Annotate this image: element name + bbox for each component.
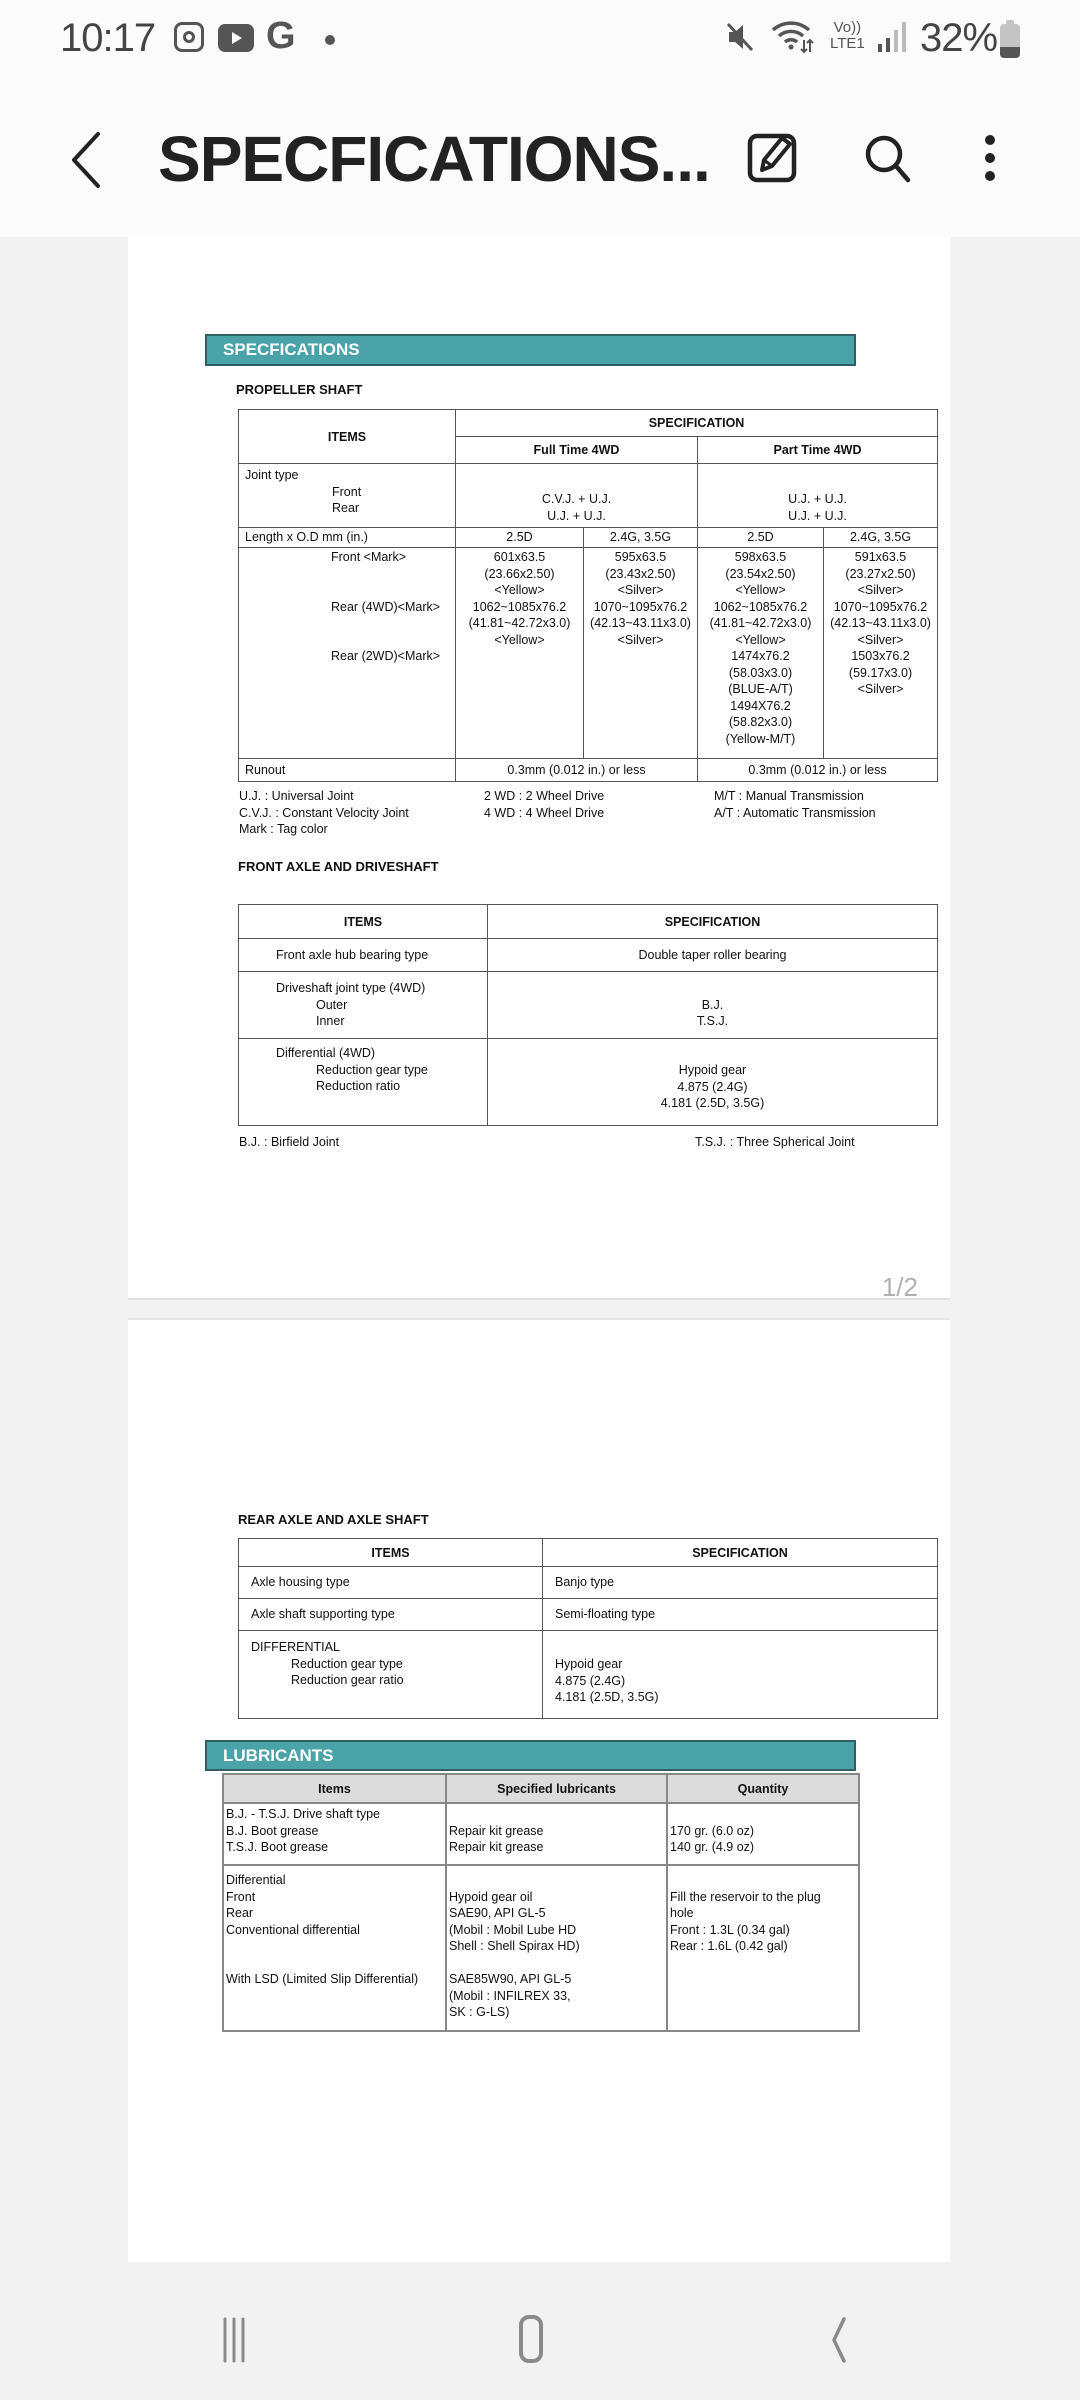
cell-line	[670, 1872, 856, 1889]
header-items: ITEMS	[239, 905, 488, 939]
cell-line: Front : 1.3L (0.34 gal)	[670, 1922, 856, 1939]
mark-value: 1062~1085x76.2	[456, 599, 583, 616]
rear-4wd-mark-label: Rear (4WD)<Mark>	[239, 599, 455, 616]
legend-bj: B.J. : Birfield Joint	[239, 1134, 339, 1151]
mark-value: 1062~1085x76.2	[698, 599, 823, 616]
cell-line	[670, 1806, 856, 1823]
propeller-shaft-title: PROPELLER SHAFT	[236, 382, 362, 397]
joint-rear-label: Rear	[245, 500, 455, 517]
rear-gear-ratio-label: Reduction gear ratio	[251, 1672, 542, 1689]
app-bar: SPECFICATIONS...	[0, 78, 1080, 237]
search-button[interactable]	[856, 126, 920, 190]
axle-shaft-supporting-value: Semi-floating type	[543, 1599, 938, 1631]
pdf-page-1: SPECFICATIONS PROPELLER SHAFT ITEMS SPEC…	[128, 237, 950, 1300]
differential-cell: Differential (4WD) Reduction gear type R…	[239, 1039, 488, 1126]
cell-line: B.J. - T.S.J. Drive shaft type	[226, 1806, 443, 1823]
propeller-legend-col1: U.J. : Universal Joint C.V.J. : Constant…	[239, 788, 409, 838]
propeller-shaft-table: ITEMS SPECIFICATION Full Time 4WD Part T…	[238, 409, 938, 782]
pdf-page-2: REAR AXLE AND AXLE SHAFT ITEMS SPECIFICA…	[128, 1318, 950, 2262]
mark-value: <Silver>	[584, 582, 697, 599]
driveshaft-grease-lubricants: Repair kit greaseRepair kit grease	[446, 1803, 667, 1865]
mark-value: (23.54x2.50)	[698, 566, 823, 583]
front-hub-bearing-value: Double taper roller bearing	[488, 939, 938, 972]
mark-value: (41.81~42.72x3.0)	[698, 615, 823, 632]
runout-part-time: 0.3mm (0.012 in.) or less	[698, 759, 938, 782]
part-time-2-5d-values: 598x63.5(23.54x2.50)<Yellow>1062~1085x76…	[698, 548, 824, 759]
battery-percent: 32%	[920, 16, 997, 61]
lubricants-banner: LUBRICANTS	[205, 1740, 856, 1771]
cell-line: 140 gr. (4.9 oz)	[670, 1839, 856, 1856]
joint-front-label: Front	[245, 484, 455, 501]
mark-value: (Yellow-M/T)	[698, 731, 823, 748]
mark-value: <Yellow>	[698, 582, 823, 599]
propeller-legend-col2: 2 WD : 2 Wheel Drive 4 WD : 4 Wheel Driv…	[484, 788, 604, 821]
mark-value: <Yellow>	[456, 632, 583, 649]
outer-value: B.J.	[488, 997, 937, 1014]
mark-value: <Silver>	[824, 582, 937, 599]
cell-line	[449, 1872, 664, 1889]
youtube-icon	[218, 24, 254, 52]
header-specification: SPECIFICATION	[543, 1539, 938, 1567]
cell-line: Differential	[226, 1872, 443, 1889]
legend-at: A/T : Automatic Transmission	[714, 805, 876, 822]
differential-values: Hypoid gear 4.875 (2.4G) 4.181 (2.5D, 3.…	[488, 1039, 938, 1126]
header-quantity: Quantity	[667, 1774, 859, 1803]
google-icon: G	[266, 15, 296, 58]
ratio-2-5d-value: 4.181 (2.5D, 3.5G)	[488, 1095, 937, 1112]
legend-cvj: C.V.J. : Constant Velocity Joint	[239, 805, 409, 822]
header-items: ITEMS	[239, 1539, 543, 1567]
back-button[interactable]	[66, 130, 106, 190]
mark-value: (59.17x3.0)	[824, 665, 937, 682]
gear-type-value: Hypoid gear	[488, 1062, 937, 1079]
mark-value: (23.27x2.50)	[824, 566, 937, 583]
cell-line: 170 gr. (6.0 oz)	[670, 1823, 856, 1840]
mark-value: 595x63.5	[584, 549, 697, 566]
inner-label: Inner	[276, 1013, 487, 1030]
header-lub-items: Items	[223, 1774, 446, 1803]
more-options-button[interactable]	[958, 126, 1022, 190]
rear-gear-type-value: Hypoid gear	[555, 1656, 937, 1673]
mark-value: <Yellow>	[698, 632, 823, 649]
joint-type-cell: Joint type Front Rear	[239, 464, 456, 528]
page-indicator: 1/2	[882, 1272, 918, 1303]
document-viewer[interactable]: SPECFICATIONS PROPELLER SHAFT ITEMS SPEC…	[0, 237, 1080, 2281]
mark-value: <Silver>	[824, 681, 937, 698]
volte-label: Vo))	[830, 20, 865, 36]
cell-line: SAE90, API GL-5	[449, 1905, 664, 1922]
rear-differential-cell: DIFFERENTIAL Reduction gear type Reducti…	[239, 1631, 543, 1719]
cell-line: Repair kit grease	[449, 1839, 664, 1856]
battery-level	[1000, 47, 1020, 58]
mark-value: 598x63.5	[698, 549, 823, 566]
differential-oil-quantity: Fill the reservoir to the plugholeFront …	[667, 1865, 859, 2031]
axle-shaft-supporting-label: Axle shaft supporting type	[239, 1599, 543, 1631]
header-full-time-4wd: Full Time 4WD	[456, 437, 698, 464]
joint-full-front: C.V.J. + U.J.	[456, 491, 697, 508]
mark-value: <Yellow>	[456, 582, 583, 599]
navigation-bar	[0, 2281, 1080, 2400]
mark-value: (58.82x3.0)	[698, 714, 823, 731]
mark-value: 601x63.5	[456, 549, 583, 566]
mark-value: 591x63.5	[824, 549, 937, 566]
driveshaft-joint-values: B.J. T.S.J.	[488, 972, 938, 1039]
axle-housing-value: Banjo type	[543, 1567, 938, 1599]
header-specification: SPECIFICATION	[456, 410, 938, 437]
signal-icon	[878, 22, 908, 52]
front-axle-title: FRONT AXLE AND DRIVESHAFT	[238, 859, 439, 874]
cell-line: Hypoid gear oil	[449, 1889, 664, 1906]
rear-axle-table: ITEMS SPECIFICATION Axle housing type Ba…	[238, 1538, 938, 1719]
joint-full-rear: U.J. + U.J.	[456, 508, 697, 525]
driveshaft-grease-quantity: 170 gr. (6.0 oz)140 gr. (4.9 oz)	[667, 1803, 859, 1865]
cell-line	[449, 1806, 664, 1823]
front-axle-table: ITEMS SPECIFICATION Front axle hub beari…	[238, 904, 938, 1126]
variant-cell: 2.4G, 3.5G	[824, 528, 938, 548]
joint-part-time-cell: U.J. + U.J. U.J. + U.J.	[698, 464, 938, 528]
legend-2wd: 2 WD : 2 Wheel Drive	[484, 788, 604, 805]
driveshaft-joint-cell: Driveshaft joint type (4WD) Outer Inner	[239, 972, 488, 1039]
variant-cell: 2.4G, 3.5G	[584, 528, 698, 548]
header-specification: SPECIFICATION	[488, 905, 938, 939]
legend-uj: U.J. : Universal Joint	[239, 788, 409, 805]
full-time-2-5d-values: 601x63.5(23.66x2.50)<Yellow>1062~1085x76…	[456, 548, 584, 759]
recents-button[interactable]	[212, 2311, 272, 2371]
cell-line: Fill the reservoir to the plug	[670, 1889, 856, 1906]
reduction-ratio-label: Reduction ratio	[276, 1078, 487, 1095]
home-icon	[513, 2311, 573, 2371]
document-title: SPECFICATIONS...	[158, 122, 710, 196]
driveshaft-joint-label: Driveshaft joint type (4WD)	[276, 980, 487, 997]
differential-oil-lubricants: Hypoid gear oilSAE90, API GL-5(Mobil : M…	[446, 1865, 667, 2031]
specifications-banner: SPECFICATIONS	[205, 334, 856, 366]
more-vertical-icon	[958, 126, 1022, 190]
front-hub-bearing-label: Front axle hub bearing type	[239, 939, 488, 972]
rear-differential-values: Hypoid gear 4.875 (2.4G) 4.181 (2.5D, 3.…	[543, 1631, 938, 1719]
runout-label: Runout	[239, 759, 456, 782]
status-bar: 10:17 G Vo)) LTE1 32%	[0, 0, 1080, 78]
variant-cell: 2.5D	[456, 528, 584, 548]
mark-value: (42.13~43.11x3.0)	[584, 615, 697, 632]
lte-label: LTE1	[830, 36, 865, 52]
ratio-2-4g-value: 4.875 (2.4G)	[488, 1079, 937, 1096]
status-time: 10:17	[60, 16, 155, 61]
mute-icon	[724, 20, 758, 62]
part-time-2-4g-values: 591x63.5(23.27x2.50)<Silver>1070~1095x76…	[824, 548, 938, 759]
rear-gear-type-label: Reduction gear type	[251, 1656, 542, 1673]
cell-line: B.J. Boot grease	[226, 1823, 443, 1840]
front-mark-label: Front <Mark>	[239, 549, 455, 566]
dot-icon	[325, 35, 335, 45]
propeller-legend-col3: M/T : Manual Transmission A/T : Automati…	[714, 788, 876, 821]
mark-value: (58.03x3.0)	[698, 665, 823, 682]
cell-line	[449, 1955, 664, 1972]
runout-full-time: 0.3mm (0.012 in.) or less	[456, 759, 698, 782]
cell-line: With LSD (Limited Slip Differential)	[226, 1971, 443, 1988]
back-icon	[822, 2311, 882, 2371]
rear-axle-title: REAR AXLE AND AXLE SHAFT	[238, 1512, 429, 1527]
mark-value: (41.81~42.72x3.0)	[456, 615, 583, 632]
cell-line: Rear	[226, 1905, 443, 1922]
header-items: ITEMS	[239, 410, 456, 464]
mark-value: 1070~1095x76.2	[584, 599, 697, 616]
mark-value: 1474x76.2	[698, 648, 823, 665]
cell-line: (Mobil : Mobil Lube HD	[449, 1922, 664, 1939]
variant-cell: 2.5D	[698, 528, 824, 548]
legend-4wd: 4 WD : 4 Wheel Drive	[484, 805, 604, 822]
wifi-icon	[770, 18, 814, 64]
rear-ratio-2-5d: 4.181 (2.5D, 3.5G)	[555, 1689, 937, 1706]
outer-label: Outer	[276, 997, 487, 1014]
chevron-left-icon	[66, 130, 106, 190]
mark-value: 1070~1095x76.2	[824, 599, 937, 616]
joint-type-label: Joint type	[245, 467, 455, 484]
cell-line: Rear : 1.6L (0.42 gal)	[670, 1938, 856, 1955]
recents-icon	[212, 2311, 272, 2371]
cell-line: SK : G-LS)	[449, 2004, 664, 2021]
cell-line: hole	[670, 1905, 856, 1922]
driveshaft-grease-items: B.J. - T.S.J. Drive shaft typeB.J. Boot …	[223, 1803, 446, 1865]
full-time-2-4g-values: 595x63.5(23.43x2.50)<Silver>1070~1095x76…	[584, 548, 698, 759]
inner-value: T.S.J.	[488, 1013, 937, 1030]
mark-value: (BLUE-A/T)	[698, 681, 823, 698]
cell-line: (Mobil : INFILREX 33,	[449, 1988, 664, 2005]
home-button[interactable]	[513, 2311, 573, 2371]
mark-value: (23.43x2.50)	[584, 566, 697, 583]
nav-back-button[interactable]	[822, 2311, 882, 2371]
legend-mark: Mark : Tag color	[239, 821, 409, 838]
differential-oil-items: DifferentialFrontRearConventional differ…	[223, 1865, 446, 2031]
cell-line: Conventional differential	[226, 1922, 443, 1939]
battery-icon	[1000, 24, 1020, 58]
mark-value: 1503x76.2	[824, 648, 937, 665]
rear-differential-label: DIFFERENTIAL	[251, 1639, 542, 1656]
cell-line: Shell : Shell Spirax HD)	[449, 1938, 664, 1955]
differential-label: Differential (4WD)	[276, 1045, 487, 1062]
header-part-time-4wd: Part Time 4WD	[698, 437, 938, 464]
cell-line: T.S.J. Boot grease	[226, 1839, 443, 1856]
edit-button[interactable]	[740, 126, 804, 190]
legend-tsj: T.S.J. : Three Spherical Joint	[695, 1134, 855, 1151]
search-icon	[856, 126, 920, 190]
rear-2wd-mark-label: Rear (2WD)<Mark>	[239, 648, 455, 665]
joint-full-time-cell: C.V.J. + U.J. U.J. + U.J.	[456, 464, 698, 528]
joint-part-front: U.J. + U.J.	[698, 491, 937, 508]
instagram-icon	[174, 22, 204, 52]
legend-mt: M/T : Manual Transmission	[714, 788, 876, 805]
mark-value: <Silver>	[584, 632, 697, 649]
rear-ratio-2-4g: 4.875 (2.4G)	[555, 1673, 937, 1690]
mark-value: <Silver>	[824, 632, 937, 649]
mark-value: (23.66x2.50)	[456, 566, 583, 583]
lubricants-table: Items Specified lubricants Quantity B.J.…	[222, 1773, 860, 2032]
cell-line: Repair kit grease	[449, 1823, 664, 1840]
joint-part-rear: U.J. + U.J.	[698, 508, 937, 525]
mark-value: 1494X76.2	[698, 698, 823, 715]
volte-lte-icon: Vo)) LTE1	[830, 20, 865, 52]
cell-line: SAE85W90, API GL-5	[449, 1971, 664, 1988]
edit-icon	[740, 126, 804, 190]
axle-housing-label: Axle housing type	[239, 1567, 543, 1599]
reduction-gear-type-label: Reduction gear type	[276, 1062, 487, 1079]
mark-labels-cell: Front <Mark> Rear (4WD)<Mark> Rear (2WD)…	[239, 548, 456, 759]
cell-line	[226, 1938, 443, 1955]
cell-line	[226, 1955, 443, 1972]
length-label: Length x O.D mm (in.)	[239, 528, 456, 548]
mark-value: (42.13~43.11x3.0)	[824, 615, 937, 632]
header-specified-lubricants: Specified lubricants	[446, 1774, 667, 1803]
cell-line: Front	[226, 1889, 443, 1906]
